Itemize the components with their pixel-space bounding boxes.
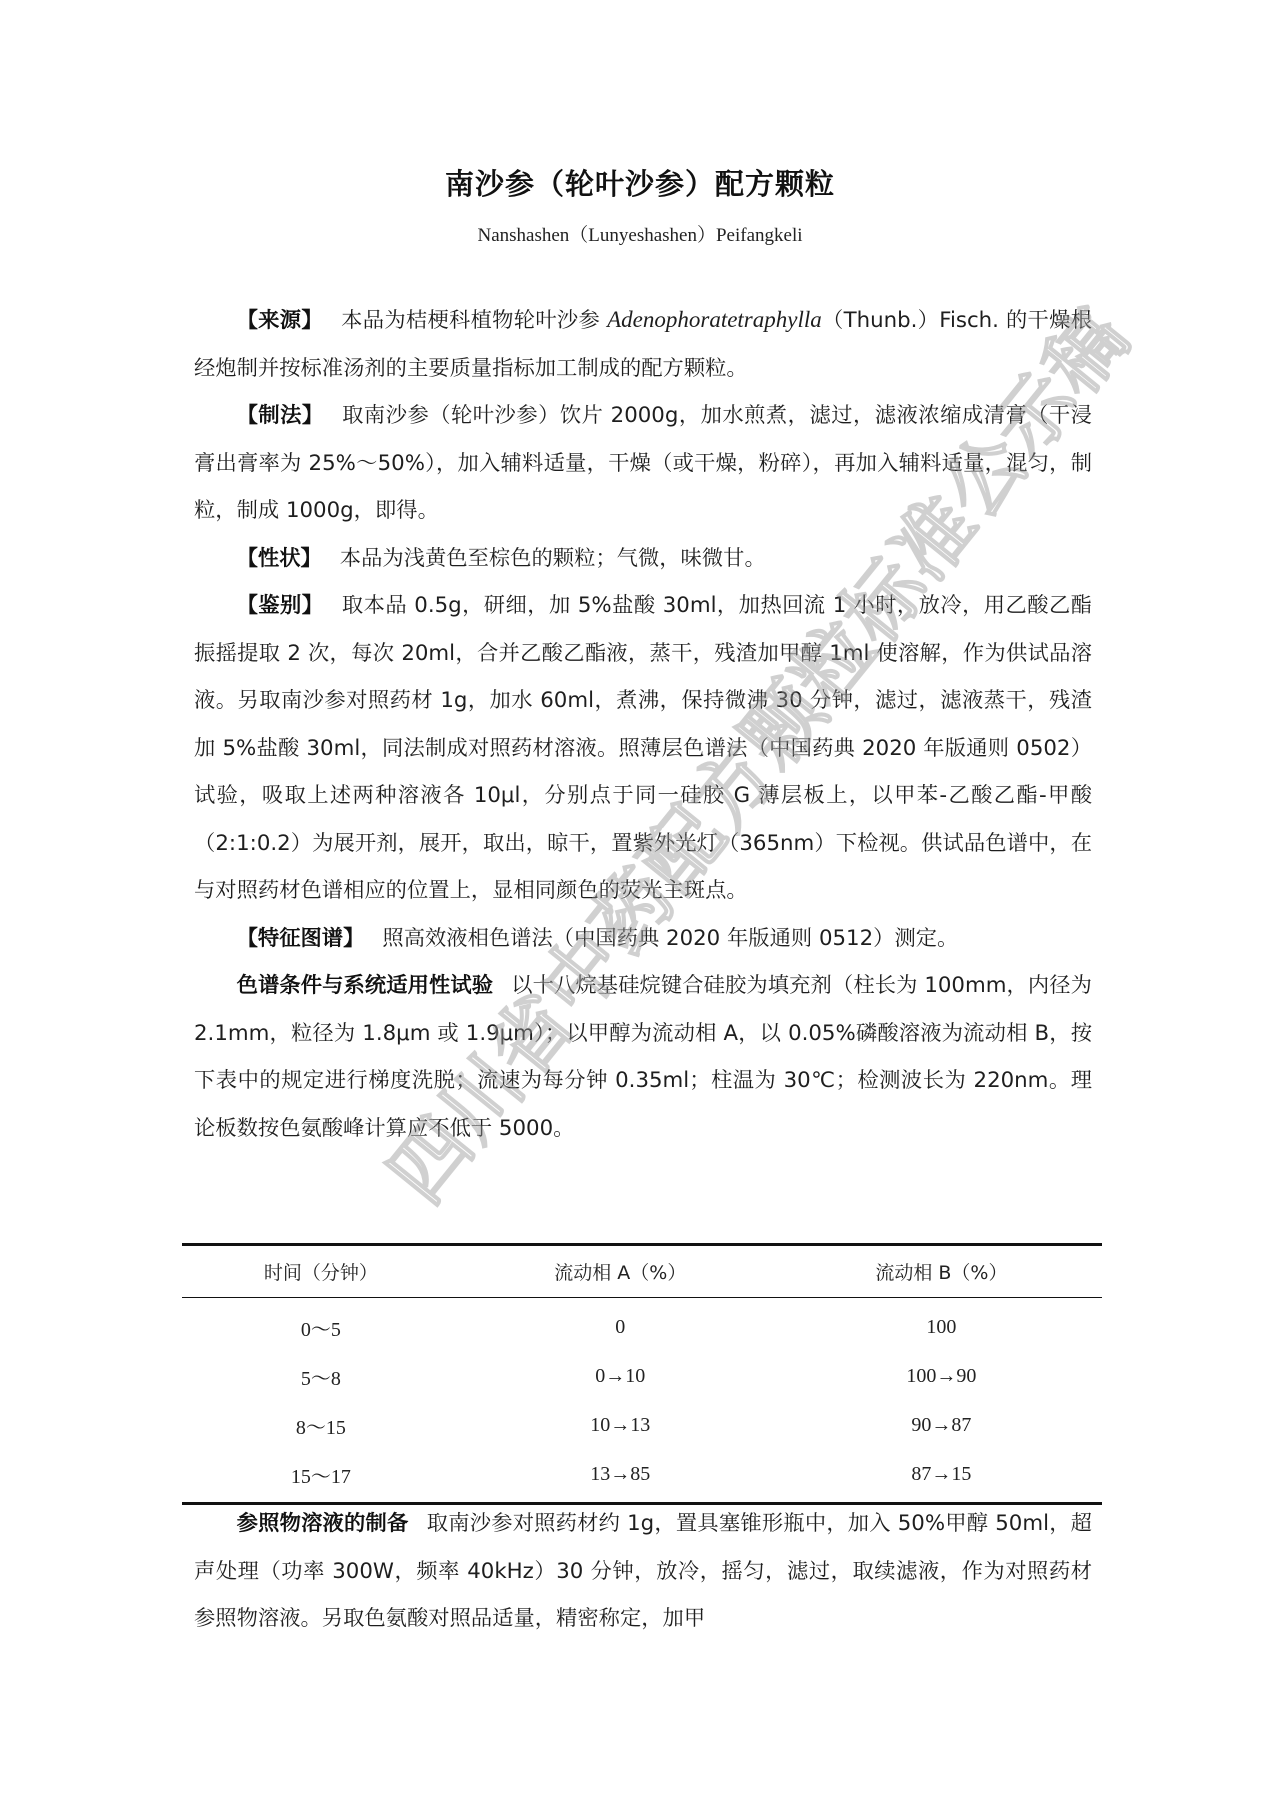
section-label-identification: 【鉴别】 — [237, 593, 324, 618]
cell-phase-a: 13→85 — [460, 1450, 781, 1504]
column-header-mobile-phase-a: 流动相 A（%） — [460, 1245, 781, 1298]
source-text-pre: 本品为桔梗科植物轮叶沙参 — [341, 308, 607, 333]
characteristics-text: 本品为浅黄色至棕色的颗粒；气微，味微甘。 — [340, 546, 766, 571]
cell-phase-a: 0→10 — [460, 1352, 781, 1401]
gradient-elution-table: 时间（分钟） 流动相 A（%） 流动相 B（%） 0～5 0 100 5～8 0… — [182, 1243, 1102, 1505]
section-label-fingerprint: 【特征图谱】 — [237, 926, 365, 951]
column-header-time: 时间（分钟） — [182, 1245, 460, 1298]
table-header-row: 时间（分钟） 流动相 A（%） 流动相 B（%） — [182, 1245, 1102, 1298]
document-subtitle: Nanshashen（Lunyeshashen）Peifangkeli — [0, 220, 1280, 247]
section-label-preparation: 【制法】 — [237, 403, 324, 428]
identification-text: 取本品 0.5g，研细，加 5%盐酸 30ml，加热回流 1 小时，放冷，用乙酸… — [194, 593, 1092, 903]
document-body: 【来源】本品为桔梗科植物轮叶沙参 Adenophoratetraphylla（T… — [194, 296, 1092, 1152]
cell-phase-b: 100→90 — [781, 1352, 1102, 1401]
section-identification: 【鉴别】取本品 0.5g，研细，加 5%盐酸 30ml，加热回流 1 小时，放冷… — [194, 582, 1092, 915]
section-preparation: 【制法】取南沙参（轮叶沙参）饮片 2000g，加水煎煮，滤过，滤液浓缩成清膏（干… — [194, 392, 1092, 535]
subsection-label-reference-solution: 参照物溶液的制备 — [237, 1511, 409, 1536]
cell-phase-b: 100 — [781, 1298, 1102, 1353]
latin-species-name: Adenophoratetraphylla — [607, 307, 822, 332]
section-label-source: 【来源】 — [237, 308, 323, 333]
table-row: 0～5 0 100 — [182, 1298, 1102, 1353]
cell-phase-b: 87→15 — [781, 1450, 1102, 1504]
section-source: 【来源】本品为桔梗科植物轮叶沙参 Adenophoratetraphylla（T… — [194, 296, 1092, 392]
document-body-continued: 参照物溶液的制备取南沙参对照药材约 1g，置具塞锥形瓶中，加入 50%甲醇 50… — [194, 1500, 1092, 1643]
cell-phase-b: 90→87 — [781, 1401, 1102, 1450]
table-row: 8～15 10→13 90→87 — [182, 1401, 1102, 1450]
fingerprint-text: 照高效液相色谱法（中国药典 2020 年版通则 0512）测定。 — [382, 926, 958, 951]
document-title: 南沙参（轮叶沙参）配方颗粒 — [0, 162, 1280, 203]
document-page: 四川省中药配方颗粒标准公示稿 南沙参（轮叶沙参）配方颗粒 Nanshashen（… — [0, 0, 1280, 1811]
cell-time: 8～15 — [182, 1401, 460, 1450]
section-characteristics: 【性状】本品为浅黄色至棕色的颗粒；气微，味微甘。 — [194, 535, 1092, 583]
table-row: 15～17 13→85 87→15 — [182, 1450, 1102, 1504]
chromatographic-conditions-text: 以十八烷基硅烷键合硅胶为填充剂（柱长为 100mm，内径为 2.1mm，粒径为 … — [194, 973, 1092, 1141]
section-reference-solution: 参照物溶液的制备取南沙参对照药材约 1g，置具塞锥形瓶中，加入 50%甲醇 50… — [194, 1500, 1092, 1643]
cell-time: 0～5 — [182, 1298, 460, 1353]
section-fingerprint: 【特征图谱】照高效液相色谱法（中国药典 2020 年版通则 0512）测定。 — [194, 915, 1092, 963]
column-header-mobile-phase-b: 流动相 B（%） — [781, 1245, 1102, 1298]
table-row: 5～8 0→10 100→90 — [182, 1352, 1102, 1401]
section-chromatographic-conditions: 色谱条件与系统适用性试验以十八烷基硅烷键合硅胶为填充剂（柱长为 100mm，内径… — [194, 962, 1092, 1152]
cell-time: 15～17 — [182, 1450, 460, 1504]
gradient-table-container: 时间（分钟） 流动相 A（%） 流动相 B（%） 0～5 0 100 5～8 0… — [182, 1243, 1102, 1505]
cell-phase-a: 0 — [460, 1298, 781, 1353]
cell-phase-a: 10→13 — [460, 1401, 781, 1450]
subsection-label-chromatographic-conditions: 色谱条件与系统适用性试验 — [237, 973, 494, 998]
cell-time: 5～8 — [182, 1352, 460, 1401]
preparation-text: 取南沙参（轮叶沙参）饮片 2000g，加水煎煮，滤过，滤液浓缩成清膏（干浸膏出膏… — [194, 403, 1092, 523]
section-label-characteristics: 【性状】 — [237, 546, 322, 571]
